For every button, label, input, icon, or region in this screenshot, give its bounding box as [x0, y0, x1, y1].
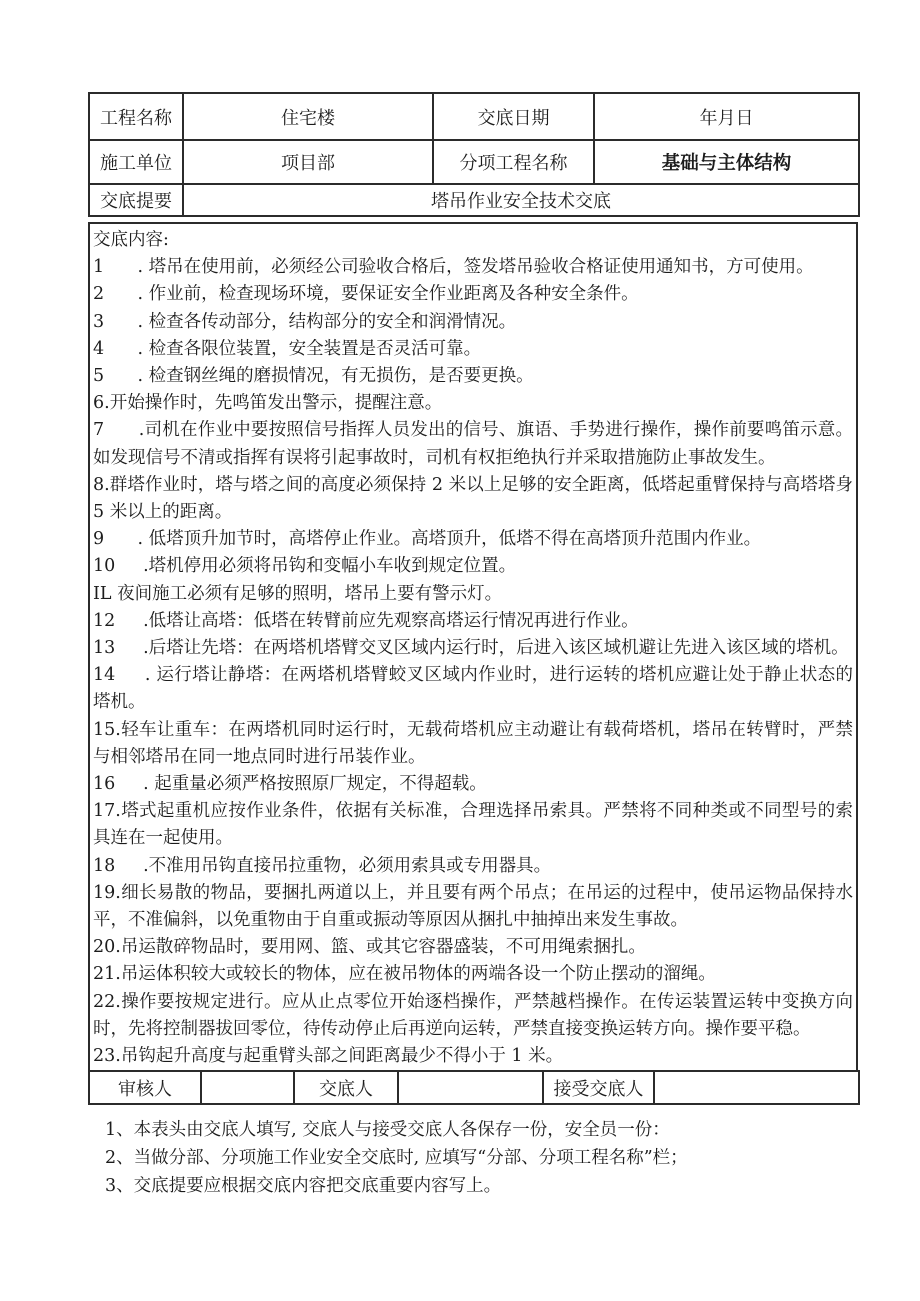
header-row-unit: 施工单位 项目部 分项工程名称 基础与主体结构: [89, 140, 859, 184]
content-line: 10 .塔机停用必须将吊钩和变幅小车收到规定位置。: [93, 553, 853, 580]
content-line: 20.吊运散碎物品时，要用网、篮、或其它容器盛装，不可用绳索捆扎。: [93, 934, 853, 961]
subproject-name-label: 分项工程名称: [460, 153, 568, 174]
project-name-label: 工程名称: [100, 108, 172, 129]
header-table: 工程名称 住宅楼 交底日期 年月日 施工单位 项目部: [88, 92, 860, 217]
footer-note: 2、当做分部、分项施工作业安全交底时, 应填写“分部、分项工程名称”栏；: [105, 1144, 858, 1172]
project-name-value: 住宅楼: [281, 108, 335, 129]
receiver-label-cell: 接受交底人: [543, 1071, 654, 1104]
footer-note: 3、交底提要应根据交底内容把交底重要内容写上。: [105, 1172, 858, 1200]
discloser-label-cell: 交底人: [294, 1071, 398, 1104]
receiver-label: 接受交底人: [554, 1079, 644, 1100]
reviewer-label: 审核人: [118, 1079, 172, 1100]
disclosure-date-label-cell: 交底日期: [433, 93, 594, 140]
content-line: 8.群塔作业时，塔与塔之间的高度必须保持 2 米以上足够的安全距离，低塔起重臂保…: [93, 472, 853, 526]
disclosure-date-value-cell: 年月日: [594, 93, 859, 140]
document-page: 工程名称 住宅楼 交底日期 年月日 施工单位 项目部: [0, 0, 920, 1301]
reviewer-label-cell: 审核人: [89, 1071, 201, 1104]
subproject-name-value: 基础与主体结构: [662, 153, 792, 174]
content-line: 4 . 检查各限位装置，安全装置是否灵活可靠。: [93, 336, 853, 363]
project-name-label-cell: 工程名称: [89, 93, 183, 140]
content-line: 3 . 检查各传动部分，结构部分的安全和润滑情况。: [93, 309, 853, 336]
content-line: 19.细长易散的物品，要捆扎两道以上，并且要有两个吊点；在吊运的过程中，使吊运物…: [93, 880, 853, 934]
discloser-value-cell: [398, 1071, 543, 1104]
content-line: 18 .不准用吊钩直接吊拉重物，必须用索具或专用器具。: [93, 853, 853, 880]
content-line: 22.操作要按规定进行。应从止点零位开始逐档操作，严禁越档操作。在传运装置运转中…: [93, 989, 853, 1043]
construction-unit-value-cell: 项目部: [183, 140, 433, 184]
construction-unit-value: 项目部: [281, 153, 335, 174]
project-name-value-cell: 住宅楼: [183, 93, 433, 140]
subproject-name-label-cell: 分项工程名称: [433, 140, 594, 184]
content-heading: 交底内容:: [93, 227, 853, 254]
content-line: 14 . 运行塔让静塔：在两塔机塔臂蛟叉区域内作业时，进行运转的塔机应避让处于静…: [93, 662, 853, 716]
summary-label-cell: 交底提要: [89, 184, 183, 216]
signature-table: 审核人 交底人 接受交底人: [88, 1070, 860, 1105]
content-items: 1 . 塔吊在使用前，必须经公司验收合格后，签发塔吊验收合格证使用通知书，方可使…: [93, 254, 853, 1070]
construction-unit-label: 施工单位: [100, 153, 172, 174]
content-line: 5 . 检查钢丝绳的磨损情况，有无损伤，是否要更换。: [93, 363, 853, 390]
header-row-project: 工程名称 住宅楼 交底日期 年月日: [89, 93, 859, 140]
footer-notes: 1、本表头由交底人填写, 交底人与接受交底人各保存一份，安全员一份：2、当做分部…: [88, 1116, 858, 1200]
content-line: IL 夜间施工必须有足够的照明，塔吊上要有警示灯。: [93, 581, 853, 608]
summary-label: 交底提要: [100, 191, 172, 212]
signature-row: 审核人 交底人 接受交底人: [89, 1071, 859, 1104]
disclosure-date-value: 年月日: [700, 108, 754, 129]
summary-value-cell: 塔吊作业安全技术交底: [183, 184, 859, 216]
content-line: 13 .后塔让先塔：在两塔机塔臂交叉区域内运行时，后进入该区域机避让先进入该区域…: [93, 635, 853, 662]
footer-note: 1、本表头由交底人填写, 交底人与接受交底人各保存一份，安全员一份：: [105, 1116, 858, 1144]
content-line: 21.吊运体积较大或较长的物体，应在被吊物体的两端各设一个防止摆动的溜绳。: [93, 961, 853, 988]
disclosure-date-label: 交底日期: [478, 108, 550, 129]
content-line: 1 . 塔吊在使用前，必须经公司验收合格后，签发塔吊验收合格证使用通知书，方可使…: [93, 254, 853, 281]
receiver-value-cell: [654, 1071, 859, 1104]
form-document: 工程名称 住宅楼 交底日期 年月日 施工单位 项目部: [88, 92, 858, 1200]
content-line: 9 . 低塔顶升加节时，高塔停止作业。高塔顶升，低塔不得在高塔顶升范围内作业。: [93, 526, 853, 553]
content-line: 17.塔式起重机应按作业条件，依据有关标准，合理选择吊索具。严禁将不同种类或不同…: [93, 798, 853, 852]
header-row-summary: 交底提要 塔吊作业安全技术交底: [89, 184, 859, 216]
content-line: 7 .司机在作业中要按照信号指挥人员发出的信号、旗语、手势进行操作，操作前要鸣笛…: [93, 417, 853, 471]
content-line: 12 .低塔让高塔：低塔在转臂前应先观察高塔运行情况再进行作业。: [93, 608, 853, 635]
discloser-label: 交底人: [319, 1079, 373, 1100]
content-box: 交底内容: 1 . 塔吊在使用前，必须经公司验收合格后，签发塔吊验收合格证使用通…: [88, 222, 858, 1072]
reviewer-value-cell: [201, 1071, 294, 1104]
subproject-name-value-cell: 基础与主体结构: [594, 140, 859, 184]
summary-value: 塔吊作业安全技术交底: [431, 191, 611, 212]
content-line: 16 . 起重量必须严格按照原厂规定，不得超载。: [93, 771, 853, 798]
content-line: 23.吊钩起升高度与起重臂头部之间距离最少不得小于 1 米。: [93, 1043, 853, 1070]
construction-unit-label-cell: 施工单位: [89, 140, 183, 184]
content-line: 15.轻车让重车：在两塔机同时运行时，无载荷塔机应主动避让有载荷塔机，塔吊在转臂…: [93, 717, 853, 771]
content-line: 2 . 作业前，检查现场环境，要保证安全作业距离及各种安全条件。: [93, 281, 853, 308]
content-line: 6.开始操作时，先鸣笛发出警示，提醒注意。: [93, 390, 853, 417]
